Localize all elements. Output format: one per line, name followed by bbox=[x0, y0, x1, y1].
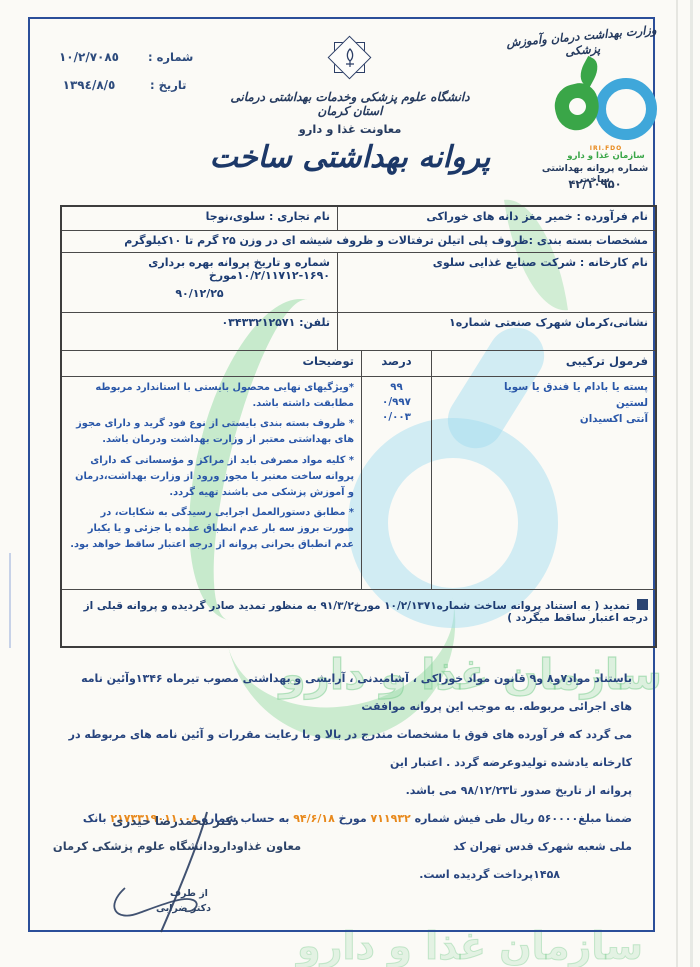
deputy-signer-name: دکتر ضرابی bbox=[156, 903, 211, 914]
operation-license-cell: شماره و تاریخ پروانه بهره برداری ۱۶۹۰-۱۰… bbox=[62, 253, 338, 312]
table-row-formula-header: فرمول ترکیبی درصد توضیحات bbox=[62, 351, 655, 377]
note-item: * ظروف بسته بندی بایستی از نوع فود گرید … bbox=[69, 416, 354, 448]
fee-receipt-number: ۷۱۱۹۳۲ bbox=[370, 812, 410, 825]
notes-list: *ویژگیهای نهایی محصول بایستی با استاندار… bbox=[62, 377, 362, 589]
date-label: تاریخ : bbox=[150, 78, 186, 92]
formula-list: پسته یا بادام یا فندق یا سویا لستین آنتی… bbox=[432, 377, 655, 589]
operation-license-line1: شماره و تاریخ پروانه بهره برداری ۱۶۹۰-۱۰… bbox=[69, 256, 330, 282]
fee-text: مورخ bbox=[335, 812, 371, 825]
note-item: *ویژگیهای نهایی محصول بایستی با استاندار… bbox=[69, 380, 354, 412]
ref-number-label: شماره : bbox=[148, 50, 193, 64]
product-name-cell: نام فرآورده : خمیر مغز دانه های خوراکی bbox=[338, 207, 655, 230]
logo-blue-ring-icon bbox=[595, 78, 657, 140]
trade-name-cell: نام تجاری : سلوی،نوجا bbox=[62, 207, 338, 230]
formula-item: پسته یا بادام یا فندق یا سویا bbox=[439, 380, 648, 396]
formula-item: آنتی اکسیدان bbox=[439, 412, 648, 428]
formula-item: لستین bbox=[439, 396, 648, 412]
note-item: * مطابق دستورالعمل اجرایی رسیدگی به شکای… bbox=[69, 505, 354, 553]
table-row-renewal: تمدید ( به استناد پروانه ساخت شماره۱۰/۲/… bbox=[62, 590, 655, 646]
fdo-logo bbox=[552, 60, 657, 150]
address-cell: نشانی،کرمان شهرک صنعتی شماره۱ bbox=[338, 313, 655, 350]
notes-header-cell: توضیحات bbox=[62, 351, 362, 376]
spec-table: نام فرآورده : خمیر مغز دانه های خوراکی ن… bbox=[60, 205, 657, 648]
document-title: پروانه بهداشتی ساخت bbox=[205, 140, 495, 175]
formula-header-cell: فرمول ترکیبی bbox=[432, 351, 655, 376]
operation-license-line2: ۹۰/۱۲/۲۵ bbox=[69, 287, 330, 300]
table-row-packaging: مشخصات بسته بندی :ظروف پلی اتیلن ترفتالا… bbox=[62, 231, 655, 253]
packaging-cell: مشخصات بسته بندی :ظروف پلی اتیلن ترفتالا… bbox=[62, 231, 655, 252]
note-item: * کلیه مواد مصرفی باید از مراکز و مؤسسات… bbox=[69, 453, 354, 501]
logo-org-fa-label: سازمان غذا و دارو bbox=[564, 151, 648, 161]
table-row-product: نام فرآورده : خمیر مغز دانه های خوراکی ن… bbox=[62, 207, 655, 231]
deputy-name: معاونت غذا و دارو bbox=[270, 122, 430, 136]
factory-name-cell: نام کارخانه : شرکت صنایع غذایی سلوی bbox=[338, 253, 655, 312]
renewal-text: تمدید ( به استناد پروانه ساخت شماره۱۰/۲/… bbox=[84, 600, 648, 624]
license-number-value: ۴۲/۱۰۹۵۰ bbox=[545, 177, 645, 191]
phone-cell: تلفن: ۰۳۴۳۳۲۱۲۵۷۱ bbox=[62, 313, 338, 350]
statement-line: می گردد که فر آورده های فوق با مشخصات من… bbox=[66, 721, 632, 777]
document-page: سازمان غذا و دارو سازمان غذا و دارو شمار… bbox=[0, 0, 700, 967]
percent-value: ۹۹ bbox=[369, 380, 424, 395]
scan-edge-line bbox=[690, 0, 693, 967]
percent-value: ۰/۰۰۳ bbox=[369, 410, 424, 425]
scan-artifact-line bbox=[9, 553, 11, 648]
percent-list: ۹۹ ۰/۹۹۷ ۰/۰۰۳ bbox=[362, 377, 432, 589]
ref-number-value: ١٠/٢/٧٠٨٥ bbox=[34, 50, 144, 64]
on-behalf-label: از طرف bbox=[170, 888, 208, 899]
percent-value: ۰/۹۹۷ bbox=[369, 395, 424, 410]
renewal-checkbox bbox=[637, 599, 648, 610]
emblem-tulip-icon bbox=[342, 47, 358, 69]
table-row-factory: نام کارخانه : شرکت صنایع غذایی سلوی شمار… bbox=[62, 253, 655, 313]
scan-edge-line bbox=[676, 0, 678, 967]
fee-text: ضمنا مبلغ۵۶۰۰۰۰ ریال طی فیش شماره bbox=[411, 812, 632, 825]
signature-scribble bbox=[95, 808, 225, 938]
table-row-formula-content: پسته یا بادام یا فندق یا سویا لستین آنتی… bbox=[62, 377, 655, 590]
renewal-cell: تمدید ( به استناد پروانه ساخت شماره۱۰/۲/… bbox=[62, 590, 655, 646]
fee-date: ۹۴/۶/۱۸ bbox=[293, 812, 335, 825]
university-name: دانشگاه علوم پزشکی وخدمات بهداشتی درمانی… bbox=[222, 90, 478, 118]
university-emblem-icon bbox=[328, 36, 372, 80]
date-value: ١٣٩٤/٨/٥ bbox=[34, 78, 144, 92]
percent-header-cell: درصد bbox=[362, 351, 432, 376]
logo-apple-hole bbox=[569, 98, 586, 115]
statement-line: پروانه از تاریخ صدور تا۹۸/۱۲/۲۳ می باشد. bbox=[66, 777, 632, 805]
table-row-address: نشانی،کرمان شهرک صنعتی شماره۱ تلفن: ۰۳۴۳… bbox=[62, 313, 655, 351]
statement-line: باستناد مواد۷و۸ و۹ قانون مواد خوراکی ، آ… bbox=[66, 665, 632, 721]
